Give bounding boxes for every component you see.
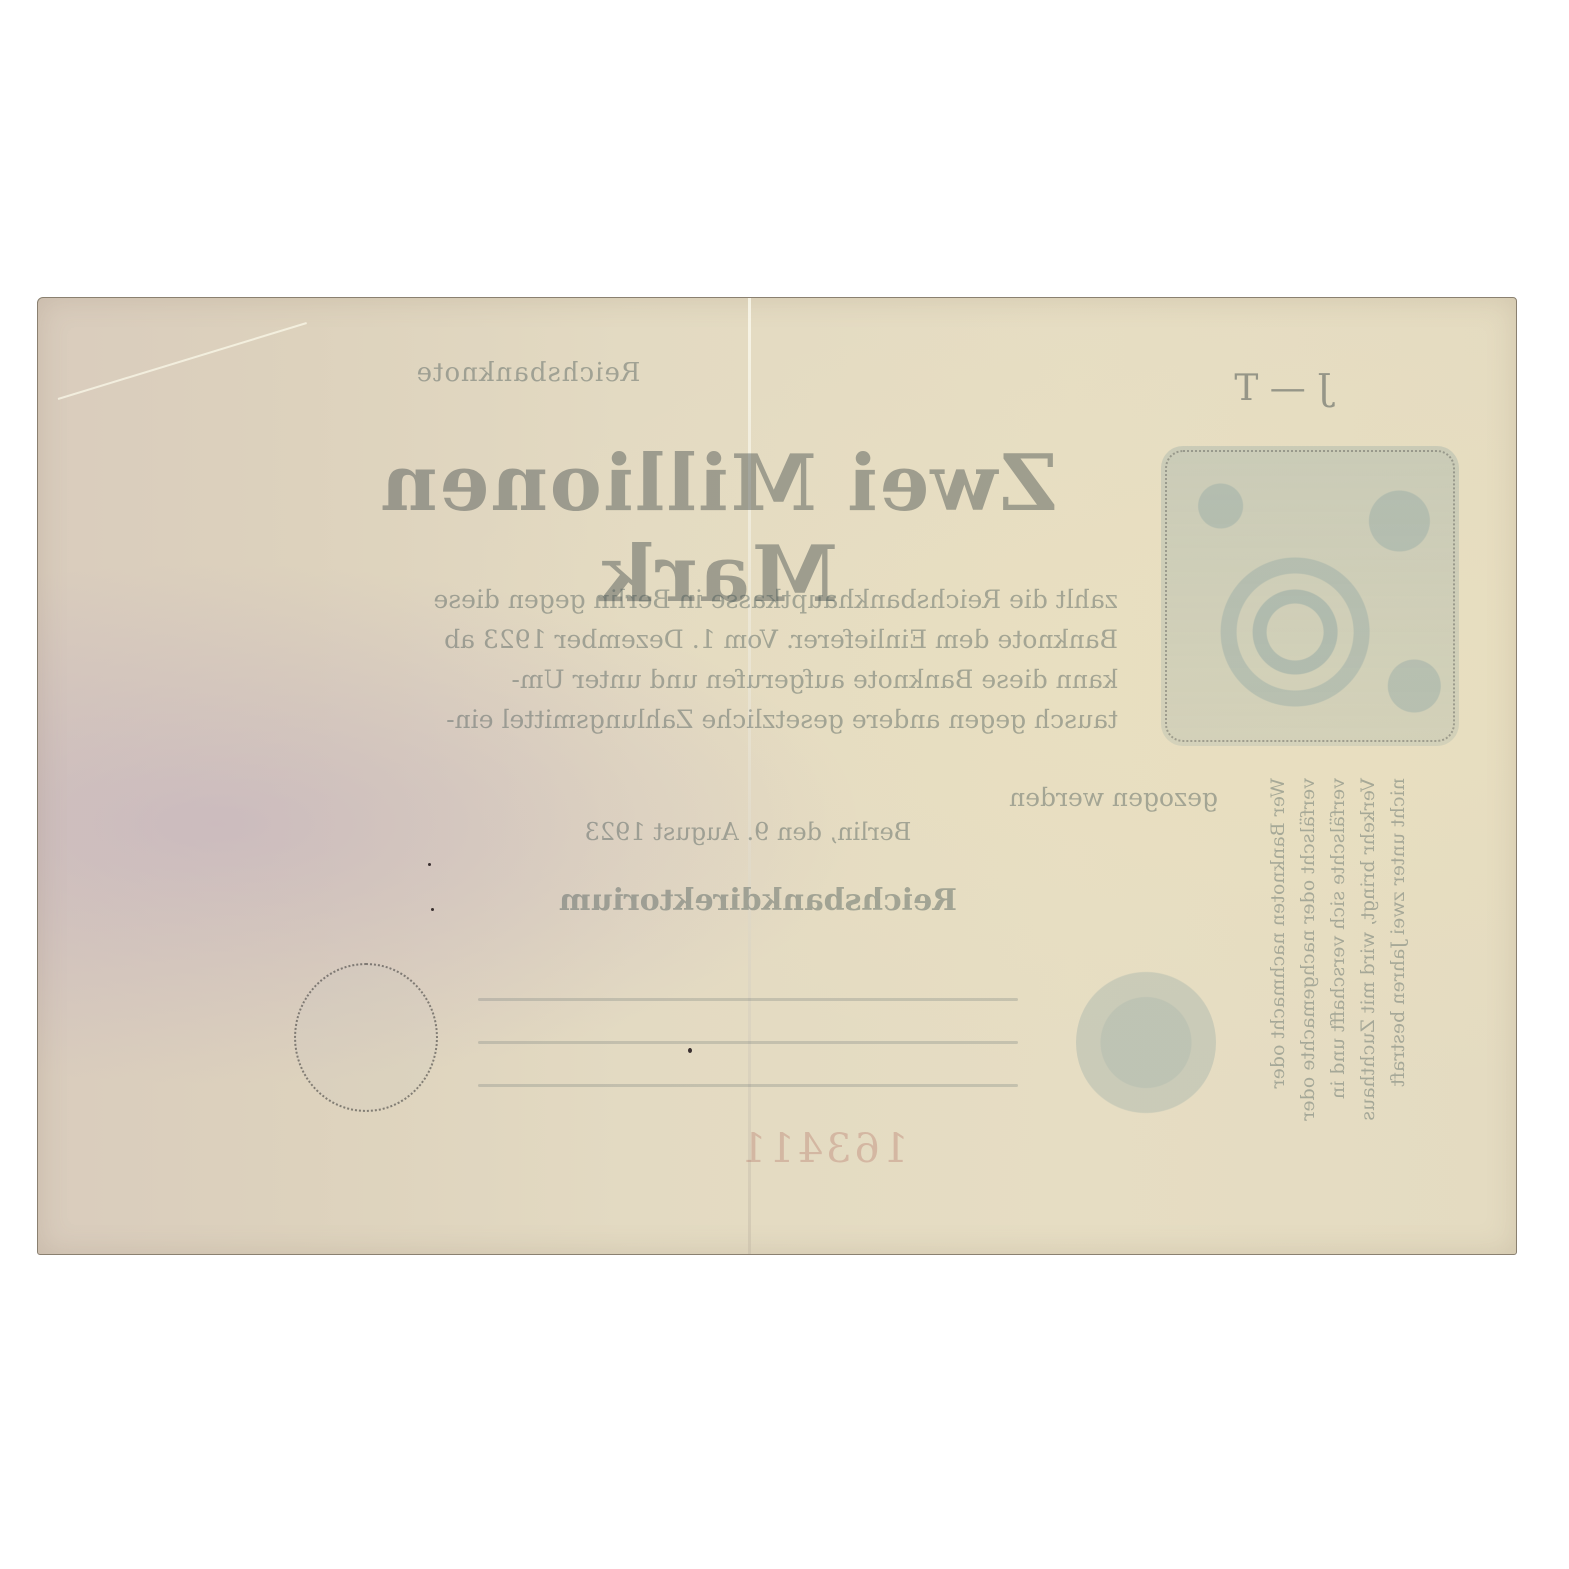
corner-fold-crease (58, 322, 307, 400)
seal-left-icon (294, 963, 438, 1112)
ornament-icon (1161, 446, 1459, 746)
serial-number: 163411 (698, 1126, 948, 1172)
banknote: Reichsbanknote J — T Zwei Millionen Mark… (37, 297, 1517, 1255)
issue-date: Berlin, den 9. August 1923 (558, 818, 938, 846)
legal-line: kann diese Banknote aufgerufen und unter… (258, 660, 1118, 700)
warning-text: Wer Banknoten nachmacht oder verfälscht … (1263, 778, 1423, 1138)
authority-name: Reichsbankdirektorium (508, 883, 1008, 918)
signatures (478, 958, 1018, 1098)
legal-line: zahlt die Reichsbankhauptkasse in Berlin… (258, 580, 1118, 620)
legal-text: zahlt die Reichsbankhauptkasse in Berlin… (258, 580, 1118, 740)
legal-line: tausch gegen andere gesetzliche Zahlungs… (258, 700, 1118, 740)
legal-line: Banknote dem Einlieferer. Vom 1. Dezembe… (258, 620, 1118, 660)
legal-last-line: gezogen werden (978, 783, 1218, 812)
ink-speck (688, 1048, 692, 1053)
series-code: J — T (1178, 368, 1388, 409)
eagle-seal-icon (1076, 970, 1216, 1115)
issuer-header: Reichsbanknote (363, 358, 693, 388)
ink-speck (431, 908, 434, 911)
ink-speck (428, 863, 431, 866)
